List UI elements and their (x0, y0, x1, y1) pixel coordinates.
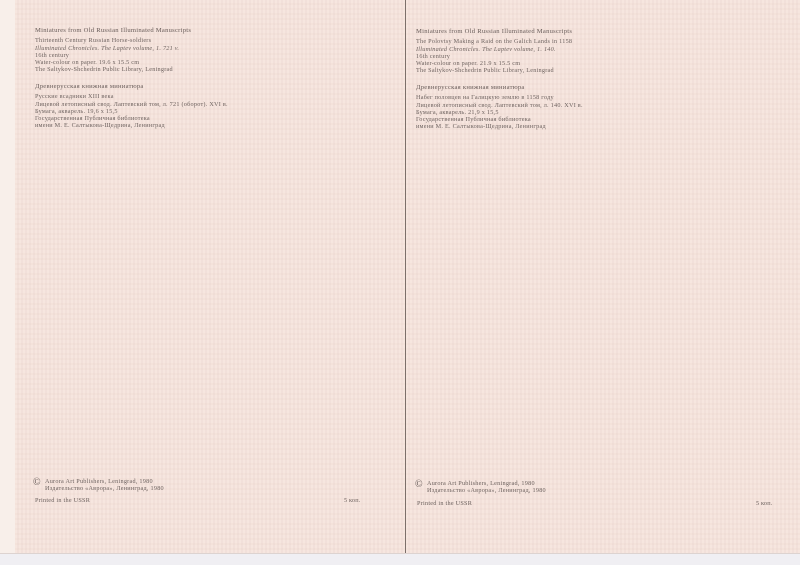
caption-title-ru: Русские всадники XIII века (35, 93, 228, 100)
left-russian-caption: Древнерусская книжная миниатюра Русские … (35, 83, 228, 130)
caption-medium: Water-colour on paper. 19.6 x 15.5 cm (35, 59, 191, 66)
caption-medium-ru: Бумага, акварель. 21,9 x 15,5 (416, 109, 583, 116)
caption-medium-ru: Бумага, акварель. 19,6 x 15,5 (35, 108, 228, 115)
caption-source-ru: Лицевой летописный свод. Лаптевский том,… (35, 101, 228, 108)
right-publisher-block: © Aurora Art Publishers, Leningrad, 1980… (427, 480, 546, 495)
series-title-ru: Древнерусская книжная миниатюра (416, 84, 583, 91)
copyright-icon: © (415, 480, 423, 490)
caption-collection-ru-2: имени М. Е. Салтыкова-Щедрина, Ленинград (416, 123, 583, 130)
postcard-right (406, 0, 800, 553)
left-english-caption: Miniatures from Old Russian Illuminated … (35, 27, 191, 74)
caption-source: Illuminated Chronicles. The Laptev volum… (35, 45, 191, 52)
publisher-ru: Издательство «Аврора», Ленинград, 1980 (45, 485, 164, 492)
series-title-en: Miniatures from Old Russian Illuminated … (35, 27, 191, 34)
caption-source-ru: Лицевой летописный свод. Лаптевский том,… (416, 102, 583, 109)
caption-medium: Water-colour on paper. 21.9 x 15.5 cm (416, 60, 572, 67)
printed-in-label: Printed in the USSR (417, 500, 472, 507)
publisher-en: Aurora Art Publishers, Leningrad, 1980 (427, 480, 546, 487)
caption-collection: The Saltykov-Shchedrin Public Library, L… (35, 66, 191, 73)
price-label: 5 коп. (344, 497, 360, 504)
right-russian-caption: Древнерусская книжная миниатюра Набег по… (416, 84, 583, 131)
right-english-caption: Miniatures from Old Russian Illuminated … (416, 28, 572, 75)
caption-date: 16th century (416, 53, 572, 60)
series-title-ru: Древнерусская книжная миниатюра (35, 83, 228, 90)
card-seam (405, 0, 406, 553)
publisher-ru: Издательство «Аврора», Ленинград, 1980 (427, 487, 546, 494)
copyright-icon: © (33, 478, 41, 488)
price-label: 5 коп. (756, 500, 772, 507)
caption-title-ru: Набег половцев на Галицкую землю в 1158 … (416, 94, 583, 101)
caption-collection: The Saltykov-Shchedrin Public Library, L… (416, 67, 572, 74)
scanner-bed-strip (0, 553, 800, 565)
printed-in-label: Printed in the USSR (35, 497, 90, 504)
publisher-en: Aurora Art Publishers, Leningrad, 1980 (45, 478, 164, 485)
caption-collection-ru-2: имени М. Е. Салтыкова-Щедрина, Ленинград (35, 122, 228, 129)
caption-source: Illuminated Chronicles. The Laptev volum… (416, 46, 572, 53)
series-title-en: Miniatures from Old Russian Illuminated … (416, 28, 572, 35)
caption-title: Thirteenth Century Russian Horse-soldier… (35, 37, 191, 44)
caption-collection-ru: Государственная Публичная библиотека (35, 115, 228, 122)
caption-date: 16th century (35, 52, 191, 59)
left-publisher-block: © Aurora Art Publishers, Leningrad, 1980… (45, 478, 164, 493)
caption-title: The Polovtsy Making a Raid on the Galich… (416, 38, 572, 45)
caption-collection-ru: Государственная Публичная библиотека (416, 116, 583, 123)
